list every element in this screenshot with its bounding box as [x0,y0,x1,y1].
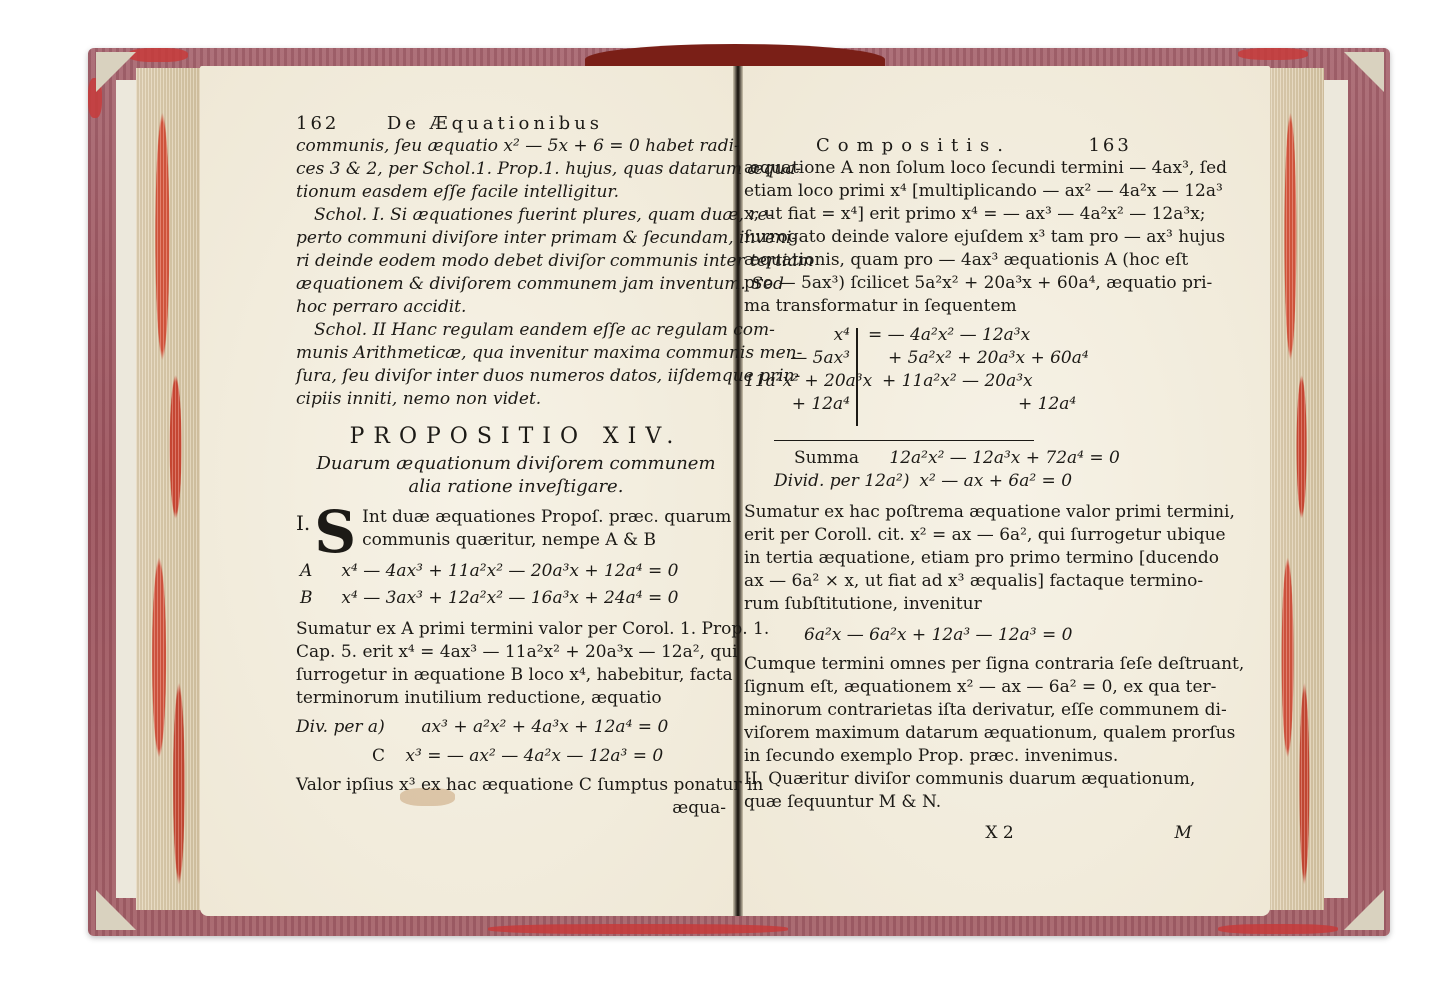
signature-mark: X 2 [985,823,1013,843]
drop-cap: S [314,508,356,556]
text-line: æquatione A non ſolum loco ſecundi termi… [744,157,1184,180]
text-line: in tertia æquatione, etiam pro primo ter… [744,547,1184,570]
schol1-line: ri deinde eodem modo debet diviſor commu… [296,250,736,273]
text-line: ma transformatur in ſequentem [744,295,1184,318]
equation-label: Div. per a) [296,716,416,739]
table-left-column: x⁴ — 5ax³ 11a²x² + 20a³x + 12a⁴ [744,324,850,416]
text-line: ces 3 & 2, per Schol.1. Prop.1. hujus, q… [296,158,736,181]
catchword: M [1175,823,1192,843]
table-cell: — 5ax³ [744,347,850,370]
left-header: 162 De Æquationibus [296,112,736,135]
equation-expr: ax³ + a²x² + 4a³x + 12a⁴ = 0 [421,717,668,737]
text-line: Valor ipſius x³ ex hac æquatione C ſumpt… [296,774,736,797]
paragraph: Sumatur ex A primi termini valor per Cor… [296,618,736,710]
text-line: Int duæ æquationes Propoſ. præc. quarum … [296,506,736,529]
schol2-line: Schol. II Hanc regulam eandem eſſe ac re… [296,319,736,342]
left-page-text: 162 De Æquationibus communis, ſeu æquati… [296,112,736,820]
text-line: communis, ſeu æquatio x² — 5x + 6 = 0 ha… [296,135,736,158]
text-line: Sumatur ex A primi termini valor per Cor… [296,618,736,641]
schol2-line: ſura, ſeu diviſor inter duos numeros dat… [296,365,736,388]
table-cell: x⁴ [744,324,850,347]
catchword: æqua- [296,797,736,820]
summa-expr: 12a²x² — 12a³x + 72a⁴ = 0 [889,448,1119,468]
text-line: etiam loco primi x⁴ [multiplicando — ax²… [744,180,1184,203]
text-line: in ſecundo exemplo Prop. præc. invenimus… [744,745,1184,768]
text-line: Sumatur ex hac poſtrema æquatione valor … [744,501,1184,524]
bracket-bar [856,328,858,426]
equation-label: A [296,560,336,583]
summa-line: Summa 12a²x² — 12a³x + 72a⁴ = 0 [744,447,1184,470]
right-fore-edge [1268,68,1324,910]
schol1-line: perto communi diviſore inter primam & ſe… [296,227,736,250]
table-cell: + 12a⁴ [744,393,850,416]
text-line: ſurrogato deinde valore ejuſdem x³ tam p… [744,226,1184,249]
text-line: ſignum eſt, æquationem x² — ax — 6a² = 0… [744,676,1184,699]
table-cell: 11a²x² + 20a³x [744,370,850,393]
right-running-head: Compositis. [816,135,1011,156]
table-right-column: = — 4a²x² — 12a³x + 5a²x² + 20a³x + 60a⁴… [868,324,1089,416]
text-line: rum ſubſtitutione, invenitur [744,593,1184,616]
marbling-spot [488,924,788,934]
divid-line: Divid. per 12a²) x² — ax + 6a² = 0 [744,470,1184,493]
left-running-head: De Æquationibus [387,113,603,134]
divid-label: Divid. per 12a²) [744,470,914,493]
marbling-spot [128,48,188,62]
schol1-line: Schol. I. Si æquationes fuerint plures, … [296,204,736,227]
schol2-line: munis Arithmeticæ, qua invenitur maxima … [296,342,736,365]
paragraph: Sumatur ex hac poſtrema æquatione valor … [744,501,1184,616]
proposition-subtitle: Duarum æquationum diviſorem communem [296,452,736,475]
schol2-line: cipiis inniti, nemo non videt. [296,388,736,411]
table-cell: + 5a²x² + 20a³x + 60a⁴ [868,347,1089,370]
paragraph: Cumque termini omnes per ſigna contraria… [744,653,1184,768]
equation-B: B x⁴ — 3ax³ + 12a²x² — 16a³x + 24a⁴ = 0 [296,587,736,610]
summa-label: Summa [744,447,884,470]
section-number: I. [296,512,310,535]
text-line: erit per Coroll. cit. x² = ax — 6a², qui… [744,524,1184,547]
equation-label: C [372,745,400,768]
text-line: æquationis, quam pro — 4ax³ æquationis A… [744,249,1184,272]
result-equation: 6a²x — 6a²x + 12a³ — 12a³ = 0 [744,624,1184,647]
equation-A: A x⁴ — 4ax³ + 11a²x² — 20a³x + 12a⁴ = 0 [296,560,736,583]
section-I: I. S Int duæ æquationes Propoſ. præc. qu… [296,506,736,556]
table-cell: = — 4a²x² — 12a³x [868,324,1089,347]
schol1-line: æquationem & diviſorem communem jam inve… [296,273,736,296]
right-flyleaf [1324,80,1348,898]
left-fore-edge [136,68,202,910]
text-line: viſorem maximum datarum æquationum, qual… [744,722,1184,745]
text-line: quæ ſequuntur M & N. [744,791,1184,814]
right-page-number: 163 [1088,135,1131,156]
proposition-title: PROPOSITIO XIV. [296,425,736,448]
text-line: Cumque termini omnes per ſigna contraria… [744,653,1184,676]
text-line: communis quæritur, nempe A & B [296,529,736,552]
table-cell: + 12a⁴ [868,393,1089,416]
text-line: terminorum inutilium reductione, æquatio [296,687,736,710]
marbling-spot [1218,924,1338,934]
equation-expr: x⁴ — 3ax³ + 12a²x² — 16a³x + 24a⁴ = 0 [341,588,678,608]
divid-expr: x² — ax + 6a² = 0 [919,471,1072,491]
table-cell: + 11a²x² — 20a³x [868,370,1089,393]
text-line: II. Quæritur diviſor communis duarum æqu… [744,768,1184,791]
right-header: Compositis. 163 [744,134,1184,157]
sum-rule [774,440,1034,441]
equation-div: Div. per a) ax³ + a²x² + 4a³x + 12a⁴ = 0 [296,716,736,739]
equation-C: C x³ = — ax² — 4a²x — 12a³ = 0 [296,745,736,768]
left-flyleaf [116,80,138,898]
schol1-line: hoc perraro accidit. [296,296,736,319]
text-line: pro — 5ax³) ſcilicet 5a²x² + 20a³x + 60a… [744,272,1184,295]
page-footer: X 2 M [744,822,1184,845]
marbling-spot [1238,48,1308,60]
equation-label: B [296,587,336,610]
text-line: tionum easdem eſſe facile intelligitur. [296,181,736,204]
summation-table: x⁴ — 5ax³ 11a²x² + 20a³x + 12a⁴ = — 4a²x… [744,324,1184,434]
text-line: x, ut fiat = x⁴] erit primo x⁴ = — ax³ —… [744,203,1184,226]
text-line: Cap. 5. erit x⁴ = 4ax³ — 11a²x² + 20a³x … [296,641,736,664]
equation-expr: x⁴ — 4ax³ + 11a²x² — 20a³x + 12a⁴ = 0 [341,561,678,581]
right-page-text: Compositis. 163 æquatione A non ſolum lo… [744,134,1184,845]
text-line: minorum contrarietas iſta derivatur, eſſ… [744,699,1184,722]
left-page-number: 162 [296,113,339,134]
equation-expr: x³ = — ax² — 4a²x — 12a³ = 0 [405,746,663,766]
proposition-subtitle: alia ratione inveſtigare. [296,475,736,498]
text-line: ax — 6a² × x, ut fiat ad x³ æqualis] fac… [744,570,1184,593]
text-line: ſurrogetur in æquatione B loco x⁴, habeb… [296,664,736,687]
